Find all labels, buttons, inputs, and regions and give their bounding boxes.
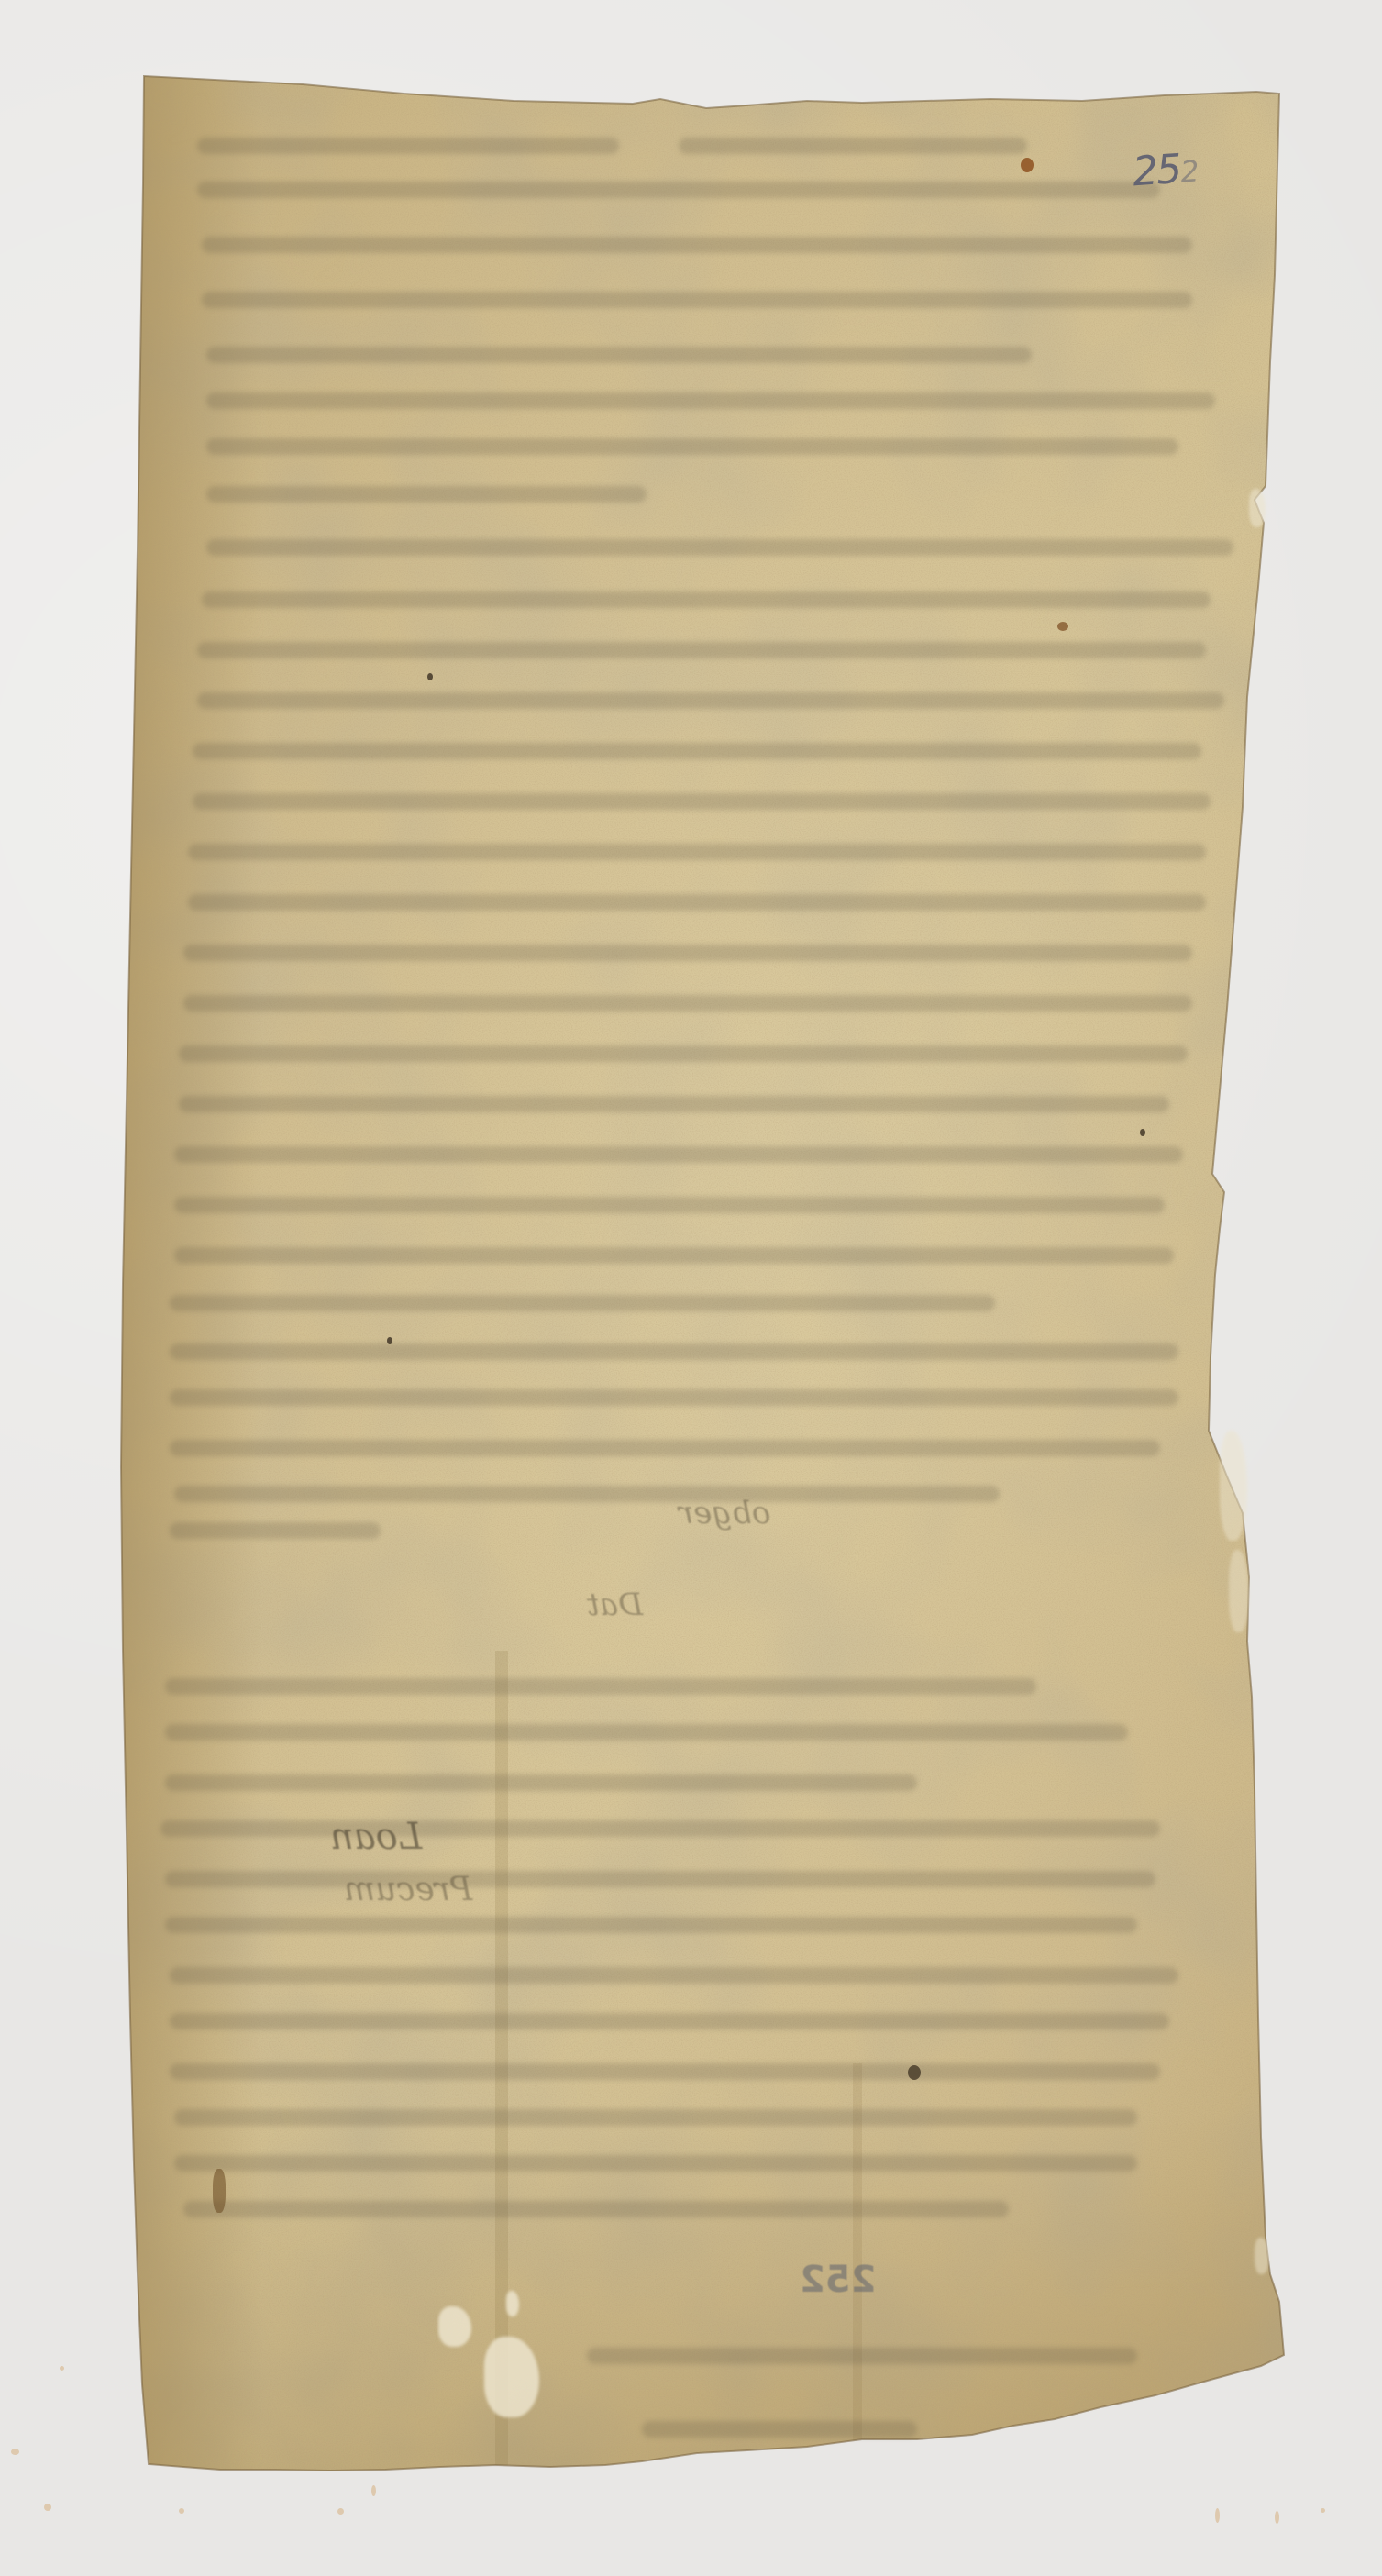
- faded-text-line: [188, 894, 1206, 911]
- faded-text-line: [197, 692, 1224, 709]
- repair-patch: [1255, 2238, 1269, 2274]
- faded-text-line: [174, 1146, 1183, 1163]
- faded-text-line: [170, 1440, 1160, 1456]
- faded-text-line: [193, 793, 1211, 810]
- faded-text-line: [170, 1522, 381, 1539]
- faded-text-line: [197, 182, 1160, 198]
- faded-text-line: [170, 1389, 1178, 1406]
- faded-text-line: [206, 486, 647, 503]
- faded-text-line: [170, 2013, 1169, 2029]
- faded-text-line: [183, 995, 1192, 1012]
- faded-text-line: [206, 438, 1178, 455]
- faded-text-line: [165, 1871, 1155, 1887]
- faded-text-line: [170, 2063, 1160, 2080]
- faded-text-line: [206, 539, 1233, 556]
- faded-text-line: [197, 642, 1206, 658]
- ink-blot: [387, 1337, 392, 1344]
- faded-text-line: [188, 844, 1206, 860]
- repair-patch: [438, 2306, 471, 2347]
- repair-patch: [1249, 489, 1266, 527]
- repair-patch: [506, 2291, 519, 2316]
- faded-text-line: [202, 292, 1192, 308]
- faded-text-line: [174, 2155, 1137, 2172]
- faded-text-line: [174, 2109, 1137, 2126]
- rust-stain: [1021, 158, 1034, 172]
- faded-text-line: [165, 1678, 1036, 1695]
- faded-text-line: [202, 237, 1192, 253]
- rust-stain: [1057, 622, 1068, 631]
- brown-stain: [213, 2169, 226, 2213]
- faded-text-line: [165, 1917, 1137, 1933]
- faded-text-line: [197, 138, 619, 154]
- faded-text-line: [170, 1967, 1178, 1984]
- faded-text-line: [193, 743, 1201, 759]
- ink-blot: [427, 673, 433, 680]
- faded-text-line: [160, 1820, 1160, 1837]
- mirrored-folio-number: 252: [800, 2259, 877, 2301]
- faded-text-line: [165, 1724, 1128, 1741]
- bleed-through-word: Precum: [344, 1871, 472, 1908]
- ink-blot: [908, 2065, 921, 2080]
- faded-text-line: [170, 1295, 995, 1311]
- bleed-through-word: ob⁠ger: [679, 1495, 770, 1531]
- bleed-through-word: Loan: [330, 1816, 422, 1858]
- faded-text-line: [174, 1486, 1000, 1502]
- faded-text-line: [587, 2348, 1137, 2364]
- faded-text-line: [679, 138, 1027, 154]
- parchment-leaf: [0, 0, 1382, 2576]
- faded-text-line: [642, 2421, 917, 2438]
- faded-text-line: [183, 945, 1192, 961]
- folio-number: 25: [1131, 146, 1181, 196]
- faded-text-line: [170, 1343, 1178, 1360]
- faded-text-line: [174, 1197, 1165, 1213]
- faded-text-line: [174, 1247, 1174, 1264]
- faded-text-line: [206, 347, 1032, 363]
- folio-number-suffix: 2: [1179, 154, 1199, 190]
- faded-text-line: [179, 1096, 1169, 1112]
- faded-text-line: [202, 591, 1211, 608]
- ink-blot: [1140, 1129, 1145, 1136]
- heading-line: Dat: [587, 1587, 643, 1623]
- pencil-folio-number: 252: [1131, 145, 1199, 196]
- faded-text-line: [165, 1774, 917, 1791]
- faded-text-line: [206, 392, 1215, 409]
- faded-text-line: [179, 1045, 1188, 1062]
- faded-text-line: [183, 2201, 1009, 2217]
